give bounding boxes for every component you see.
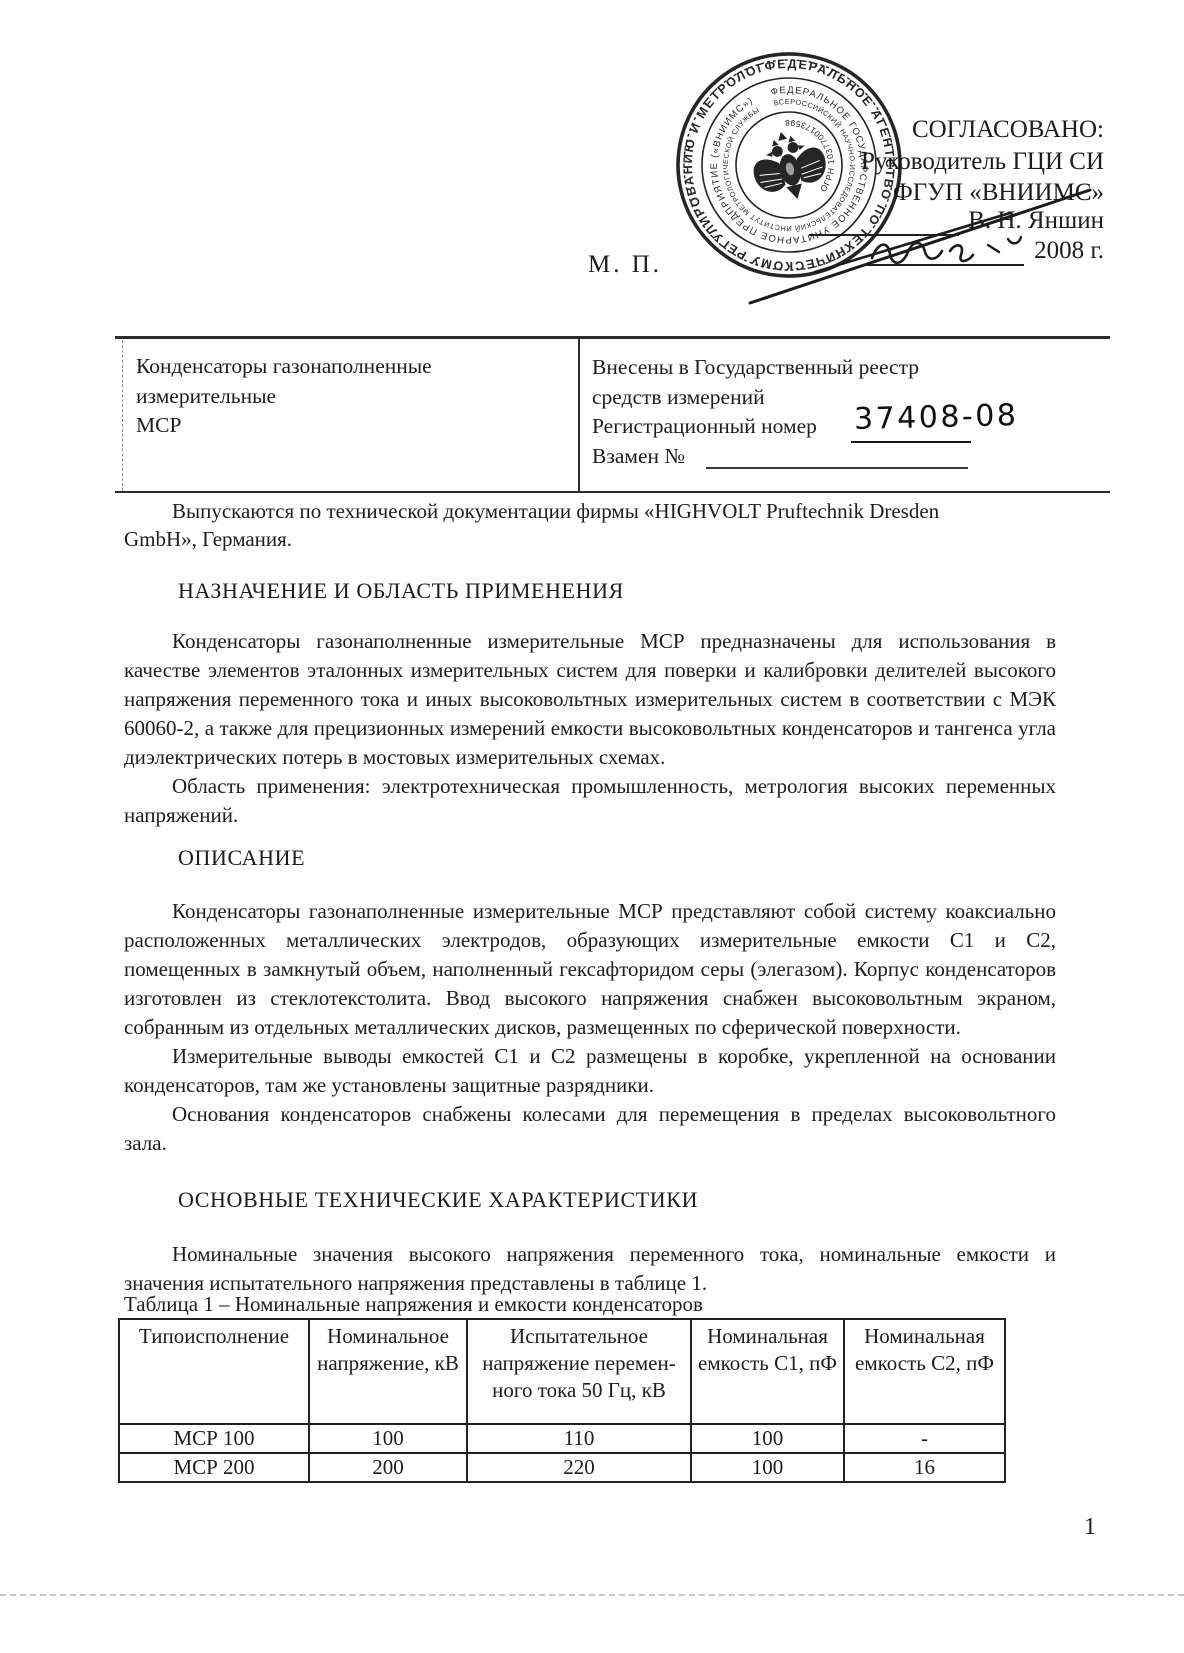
table-cell: 100 [309, 1424, 467, 1453]
table-cell: 220 [467, 1453, 691, 1482]
table-cell: 16 [844, 1453, 1005, 1482]
registration-number-label: Регистрационный номер [592, 412, 1112, 442]
description-paragraph-3: Основания конденсаторов снабжены колесам… [124, 1100, 1056, 1158]
registration-number-line [851, 441, 971, 443]
box-left-border [122, 340, 123, 491]
registration-number-handwritten: 37408-08 [854, 398, 1019, 437]
box-divider [578, 338, 580, 491]
page-number: 1 [1084, 1514, 1096, 1541]
device-title-cell: Конденсаторы газонаполненные измерительн… [136, 352, 566, 441]
table-cell: 110 [467, 1424, 691, 1453]
device-title-line2: измерительные [136, 382, 566, 412]
approval-title: СОГЛАСОВАНО: [912, 115, 1104, 145]
box-top-border [115, 336, 1110, 339]
replaces-blank-line [706, 467, 968, 469]
description-paragraph-1: Конденсаторы газонаполненные измерительн… [124, 897, 1056, 1042]
scanned-document-page: ФЕДЕРАЛЬНОЕ АГЕНТСТВО ПО ТЕХНИЧЕСКОМУ РЕ… [0, 0, 1184, 1653]
intro-paragraph: Выпускаются по технической документации … [124, 497, 1004, 553]
table-cell: МСР 100 [119, 1424, 309, 1453]
table-header-capacitance-c1: Номинальная емкость С1, пФ [691, 1319, 844, 1424]
table-caption: Таблица 1 – Номинальные напряжения и емк… [124, 1292, 703, 1317]
box-bottom-border [115, 491, 1110, 493]
specs-paragraph-1: Номинальные значения высокого напряжения… [124, 1240, 1056, 1298]
table-header-nominal-voltage: Номинальное напряжение, кВ [309, 1319, 467, 1424]
handwritten-signature [700, 175, 1120, 310]
table-header-row: Типоисполнение Номинальное напряжение, к… [119, 1319, 1005, 1424]
purpose-paragraph-2: Область применения: электротехническая п… [124, 772, 1056, 830]
section-title-description: ОПИСАНИЕ [178, 845, 305, 871]
scan-artifact-line [0, 1594, 1184, 1596]
table-cell: 200 [309, 1453, 467, 1482]
seal-place-mark: М. П. [588, 251, 662, 279]
spec-table: Типоисполнение Номинальное напряжение, к… [118, 1318, 1006, 1483]
device-title-line1: Конденсаторы газонаполненные [136, 352, 566, 382]
description-section: Конденсаторы газонаполненные измерительн… [124, 897, 1056, 1158]
table-cell: 100 [691, 1424, 844, 1453]
table-cell: - [844, 1424, 1005, 1453]
table-row: МСР 100 100 110 100 - [119, 1424, 1005, 1453]
device-type: МСР [136, 411, 566, 441]
table-header-type: Типоисполнение [119, 1319, 309, 1424]
purpose-paragraph-1: Конденсаторы газонаполненные измерительн… [124, 627, 1056, 772]
description-paragraph-2: Измерительные выводы емкостей С1 и С2 ра… [124, 1042, 1056, 1100]
table-header-test-voltage: Испытательное напряжение перемен-ного то… [467, 1319, 691, 1424]
section-title-specs: ОСНОВНЫЕ ТЕХНИЧЕСКИЕ ХАРАКТЕРИСТИКИ [178, 1187, 698, 1213]
table-cell: 100 [691, 1453, 844, 1482]
registry-cell: Внесены в Государственный реестр средств… [592, 353, 1112, 471]
purpose-section: Конденсаторы газонаполненные измерительн… [124, 627, 1056, 830]
table-cell: МСР 200 [119, 1453, 309, 1482]
table-row: МСР 200 200 220 100 16 [119, 1453, 1005, 1482]
section-title-purpose: НАЗНАЧЕНИЕ И ОБЛАСТЬ ПРИМЕНЕНИЯ [178, 578, 624, 604]
specs-section: Номинальные значения высокого напряжения… [124, 1240, 1056, 1298]
registry-line1: Внесены в Государственный реестр [592, 353, 1112, 383]
registry-line2: средств измерений [592, 383, 1112, 413]
table-header-capacitance-c2: Номинальная емкость С2, пФ [844, 1319, 1005, 1424]
